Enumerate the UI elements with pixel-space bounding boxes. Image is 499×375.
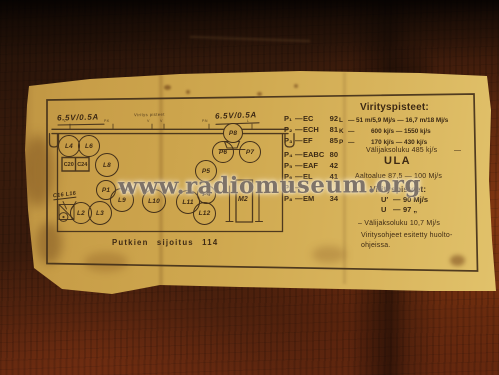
dash: — [295, 150, 303, 161]
tube-list-row: P₅—EAF42 [284, 161, 338, 172]
band-letter: K [339, 128, 348, 139]
ula-title: ULA [384, 155, 411, 167]
tube-circle-p6: P6 [212, 141, 234, 163]
dash: — [295, 114, 303, 125]
tuning-title: Virityspisteet: [360, 102, 429, 113]
if-note: Välijaksoluku 485 kj/s [366, 147, 437, 154]
tube-list-row: P₃—EF85 [284, 136, 338, 147]
dash: — [348, 139, 356, 150]
scale-note: Viritys pisteet [134, 112, 165, 118]
dash: — [295, 125, 303, 136]
sheet-caption: Putkien sijoitus 114 [112, 238, 218, 247]
paper-stain [164, 85, 171, 90]
band-range: 600 kj/s — 1550 kj/s [371, 128, 431, 139]
tube-number: 92 [328, 114, 338, 125]
service-note-line2: ohjeissa. [361, 242, 390, 249]
tube-number: 85 [328, 136, 338, 147]
tube-circle-l3: L3 [88, 201, 112, 225]
tube-type: EAF [303, 161, 328, 172]
tube-list-row: P₂—ECH81 [284, 125, 338, 136]
paper-stain [450, 255, 465, 266]
paper-stain [22, 135, 54, 207]
tube-number: 81 [328, 125, 338, 136]
dash: — [348, 128, 356, 139]
tube-circle-l6: L6 [78, 135, 100, 157]
paper-stain [84, 252, 128, 272]
tube-circle-l4: L4 [58, 135, 80, 157]
tick-label: V [160, 119, 162, 123]
tube-type: EABC [303, 150, 328, 161]
tick-label: L [64, 119, 66, 123]
dash: — [295, 161, 303, 172]
stray-dash: — [454, 147, 461, 154]
tube-position: P₃ [284, 136, 295, 147]
point-value: 97 „ [403, 205, 417, 214]
tube-position: P₁ [284, 114, 295, 125]
tube-number: 42 [328, 161, 338, 172]
paper-stain [312, 246, 346, 263]
corner-note: C16 L16 [53, 191, 77, 201]
paper-stain [186, 90, 190, 94]
band-range: 51 m/5,9 Mj/s — 16,7 m/18 Mj/s [356, 117, 448, 128]
paper-stain [294, 84, 298, 88]
tube-circle-l12: L12 [193, 202, 216, 225]
paper-stain [257, 92, 262, 96]
ula-if-note: – Välijaksoluku 10,7 Mj/s [358, 220, 440, 227]
tick-label: P.N [202, 119, 208, 123]
tube-list-row: P₁—EC92 [284, 114, 338, 125]
cap-box-label-left: C20 [62, 162, 76, 168]
paper-sheet: 6.5V/0.5A 6.5V/0.5A Viritys pisteet L P.… [0, 0, 499, 375]
radiomuseum-watermark: www.radiomuseum.org [118, 171, 421, 200]
tube-type: ECH [303, 125, 328, 136]
tube-list-row: P₄—EABC80 [284, 150, 338, 161]
dash: — [295, 136, 303, 147]
point-label: U [381, 205, 393, 214]
tick-label: V [147, 119, 149, 123]
tube-type: EC [303, 114, 328, 125]
band-row: L—51 m/5,9 Mj/s — 16,7 m/18 Mj/s [339, 117, 467, 128]
tube-position: P₂ [284, 125, 295, 136]
tube-circle-p7: P7 [239, 141, 261, 163]
band-row: K—600 kj/s — 1550 kj/s [339, 128, 467, 139]
dash: — [348, 117, 356, 128]
cap-box-label-right: C24 [76, 162, 90, 168]
tick-label: P.K [104, 119, 109, 123]
tick-label: L [247, 119, 249, 123]
dash: — [393, 205, 403, 214]
heater-label-right: 6.5V/0.5A [215, 110, 257, 120]
tube-position: P₅ [284, 161, 295, 172]
paper-stain [36, 222, 62, 264]
tube-position: P₄ [284, 150, 295, 161]
band-table: L—51 m/5,9 Mj/s — 16,7 m/18 Mj/s K—600 k… [339, 117, 467, 149]
tube-number: 80 [328, 150, 338, 161]
band-letter: L [339, 117, 348, 128]
tube-type: EF [303, 136, 328, 147]
tube-circle-p8: P8 [223, 123, 243, 143]
ula-point-row: U—97 „ [381, 205, 417, 214]
wood-scratch [190, 36, 310, 42]
band-letter: P [339, 139, 348, 150]
service-note-line1: Viritysohjeet esitetty huolto- [361, 232, 452, 239]
tube-circle-l8: L8 [95, 153, 119, 177]
photo-background-wood: 6.5V/0.5A 6.5V/0.5A Viritys pisteet L P.… [0, 0, 499, 375]
